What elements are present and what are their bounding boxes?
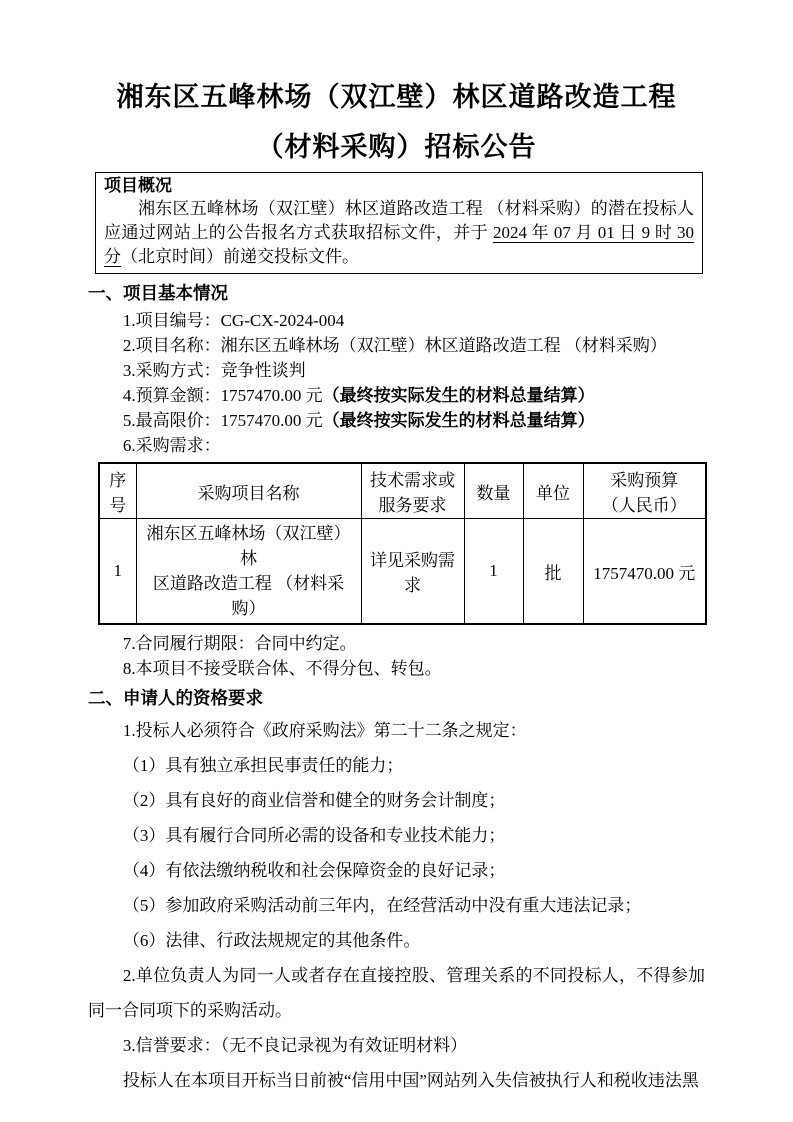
table-cell-budget: 1757470.00 元 [583,519,706,625]
table-header-unit: 单位 [523,463,583,519]
document-title: 湘东区五峰林场（双江壁）林区道路改造工程 （材料采购）招标公告 [88,72,705,172]
table-cell-quantity: 1 [464,519,523,625]
qualification-intro-line: 1.投标人必须符合《政府采购法》第二十二条之规定： [88,713,705,748]
procurement-demand-text: 6.采购需求： [123,436,221,455]
procurement-table: 序 号 采购项目名称 技术需求或 服务要求 数量 单位 采购预算 （人民币） 1… [98,462,707,625]
document-page: 湘东区五峰林场（双江壁）林区道路改造工程 （材料采购）招标公告 项目概况 湘东区… [0,0,793,1122]
qualification-item-2: （2）具有良好的商业信誉和健全的财务会计制度； [88,783,705,818]
qualification-item-4: （4）有依法缴纳税收和社会保障资金的良好记录； [88,853,705,888]
project-overview-box: 项目概况 湘东区五峰林场（双江壁）林区道路改造工程 （材料采购）的潜在投标人应通… [95,172,703,274]
budget-text: 4.预算金额：1757470.00 元 [123,386,323,405]
credit-requirement-line: 3.信誉要求：（无不良记录视为有效证明材料） [88,1028,705,1063]
project-number-text: 1.项目编号：CG-CX-2024-004 [123,311,344,330]
project-name-text: 2.项目名称：湘东区五峰林场（双江壁）林区道路改造工程 （材料采购） [123,336,667,355]
budget-note-bold: （最终按实际发生的材料总量结算） [323,386,595,405]
overview-heading: 项目概况 [104,175,694,197]
table-header-seq: 序 号 [99,463,136,519]
procurement-demand-line: 6.采购需求： [88,433,705,458]
qualification-item-3: （3）具有履行合同所必需的设备和专业技术能力； [88,818,705,853]
qualification-item-5: （5）参加政府采购活动前三年内，在经营活动中没有重大违法记录； [88,888,705,923]
contract-term-text: 7.合同履行期限：合同中约定。 [123,634,357,653]
same-person-rule-paragraph: 2.单位负责人为同一人或者存在直接控股、管理关系的不同投标人，不得参加同一合同项… [88,958,705,1028]
section-qualification-heading: 二、申请人的资格要求 [88,687,705,709]
overview-text-after-date: （北京时间）前递交投标文件。 [121,247,359,266]
table-cell-tech-requirements: 详见采购需 求 [361,519,464,625]
table-cell-item-name: 湘东区五峰林场（双江壁）林 区道路改造工程 （材料采购） [136,519,361,625]
credit-china-paragraph: 投标人在本项目开标当日前被“信用中国”网站列入失信被执行人和税收违法黑 [88,1063,705,1098]
procurement-method-text: 3.采购方式：竞争性谈判 [123,361,306,380]
table-row: 1 湘东区五峰林场（双江壁）林 区道路改造工程 （材料采购） 详见采购需 求 1… [99,519,706,625]
table-cell-seq: 1 [99,519,136,625]
table-header-item-name: 采购项目名称 [136,463,361,519]
project-name-line: 2.项目名称：湘东区五峰林场（双江壁）林区道路改造工程 （材料采购） [88,333,705,358]
contract-term-line: 7.合同履行期限：合同中约定。 [88,631,705,656]
table-header-quantity: 数量 [464,463,523,519]
table-header-tech-requirements: 技术需求或 服务要求 [361,463,464,519]
budget-line: 4.预算金额：1757470.00 元（最终按实际发生的材料总量结算） [88,383,705,408]
project-number-line: 1.项目编号：CG-CX-2024-004 [88,308,705,333]
qualification-item-6: （6）法律、行政法规规定的其他条件。 [88,923,705,958]
no-consortium-text: 8.本项目不接受联合体、不得分包、转包。 [123,659,442,678]
procurement-method-line: 3.采购方式：竞争性谈判 [88,358,705,383]
max-price-text: 5.最高限价：1757470.00 元 [123,411,323,430]
table-header-row: 序 号 采购项目名称 技术需求或 服务要求 数量 单位 采购预算 （人民币） [99,463,706,519]
max-price-note-bold: （最终按实际发生的材料总量结算） [323,411,595,430]
table-cell-unit: 批 [523,519,583,625]
no-consortium-line: 8.本项目不接受联合体、不得分包、转包。 [88,656,705,681]
overview-paragraph: 湘东区五峰林场（双江壁）林区道路改造工程 （材料采购）的潜在投标人应通过网站上的… [104,197,694,269]
table-header-budget: 采购预算 （人民币） [583,463,706,519]
section-basic-info-heading: 一、项目基本情况 [88,282,705,304]
qualification-item-1: （1）具有独立承担民事责任的能力； [88,748,705,783]
max-price-line: 5.最高限价：1757470.00 元（最终按实际发生的材料总量结算） [88,408,705,433]
